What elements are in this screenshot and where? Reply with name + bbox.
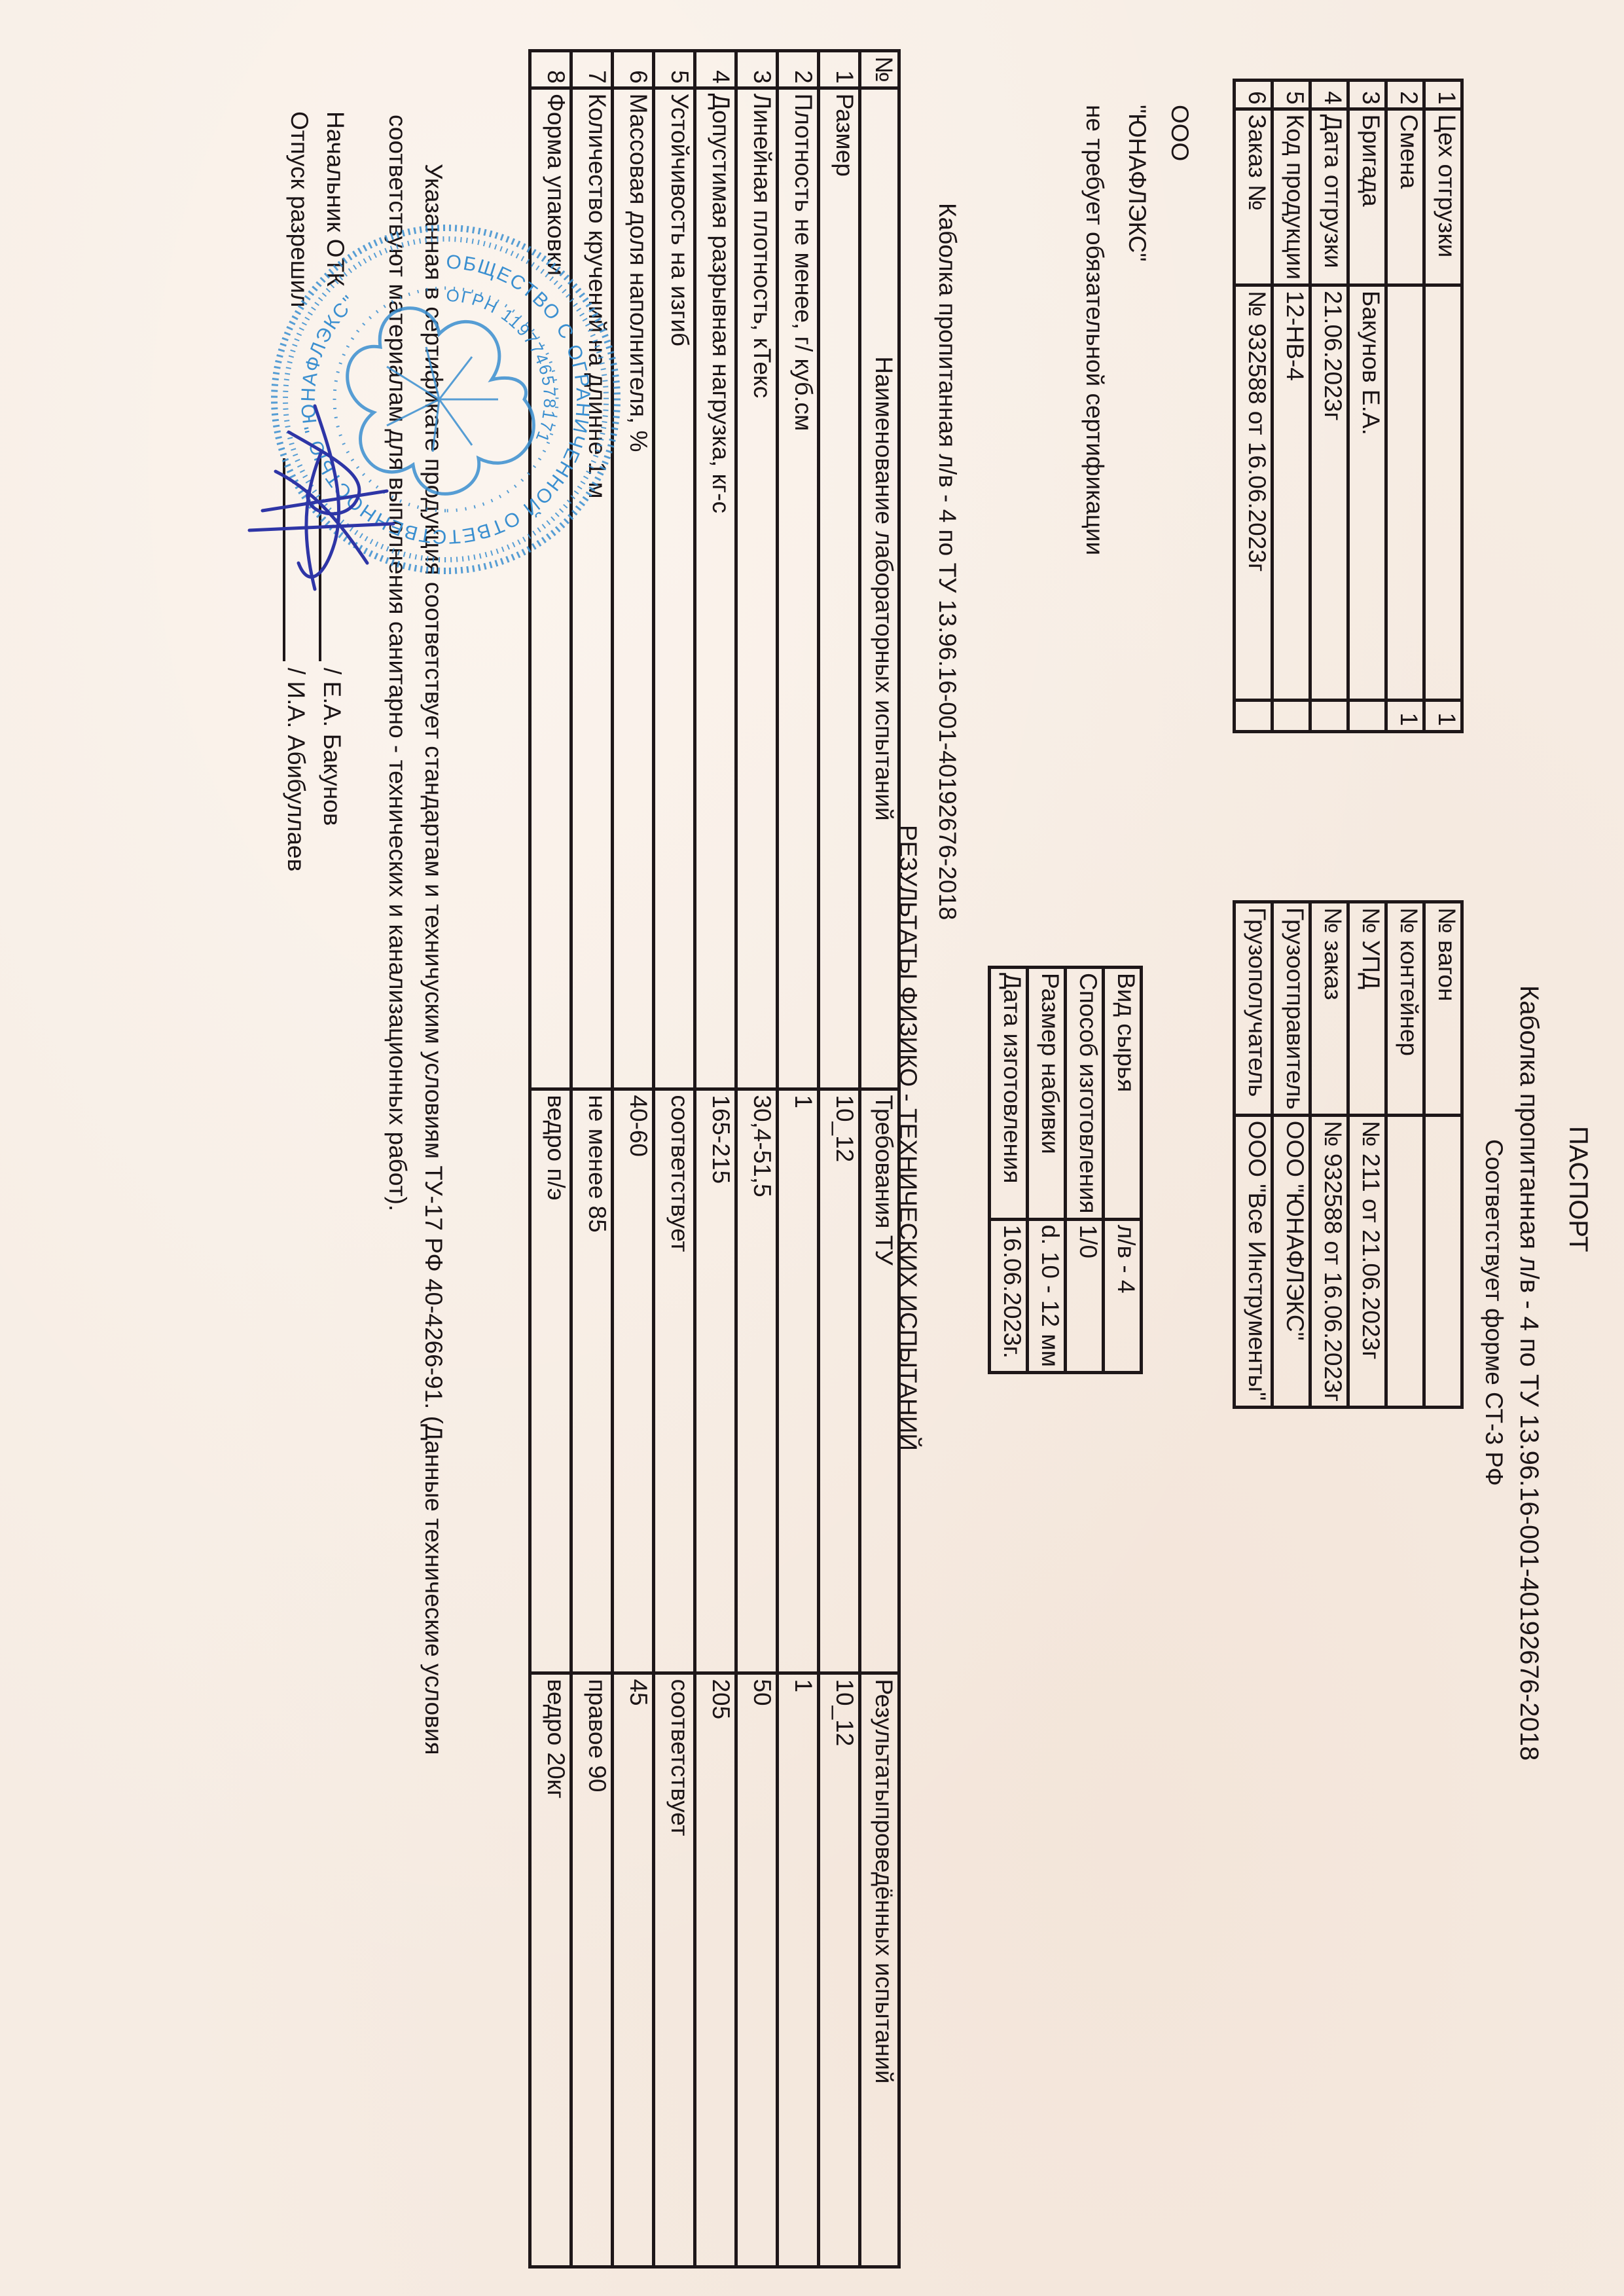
document-title: ПАСПОРТ	[1565, 1126, 1591, 1252]
result-value: правое 90	[571, 1673, 613, 2267]
result-value: 45	[613, 1673, 654, 2267]
row-number: 1	[819, 51, 860, 88]
material-row: Дата изготовления16.06.2023г.	[990, 968, 1028, 1373]
signature-name-otk: / Е.А. Бакунов	[320, 668, 344, 826]
row-number: 5	[1272, 81, 1310, 109]
test-name: Размер	[819, 88, 860, 1089]
column-header: Наименование лабораторных испытаний	[860, 88, 899, 1089]
shipment-row: 5Код продукции12-НВ-4	[1272, 81, 1310, 732]
results-row: 5Устойчивость на изгибсоответствуетсоотв…	[654, 51, 695, 2267]
transport-row: ГрузополучательООО "Все Инструменты"	[1235, 902, 1272, 1408]
transport-table: № вагон№ контейнер№ УПД№ 211 от 21.06.20…	[1233, 900, 1464, 1409]
row-label: Вид сырья	[1104, 968, 1142, 1220]
row-label: № вагон	[1424, 902, 1462, 1116]
column-header: Результатыпроведённых испытаний	[860, 1673, 899, 2267]
row-value: № 932588 от 16.06.2023г	[1310, 1115, 1348, 1407]
row-value: л/в - 4	[1104, 1219, 1142, 1372]
row-value	[1424, 1115, 1462, 1407]
row-value: 21.06.2023г	[1310, 285, 1348, 701]
requirement-value: 30,4-51,5	[736, 1089, 778, 1673]
row-label: Дата отгрузки	[1310, 109, 1348, 285]
row-value: Бакунов Е.А.	[1348, 285, 1386, 701]
handwritten-signature	[243, 393, 413, 615]
shipment-row: 1Цех отгрузки1	[1424, 81, 1462, 732]
row-label: Цех отгрузки	[1424, 109, 1462, 285]
requirement-value: 165-215	[695, 1089, 736, 1673]
row-label: Код продукции	[1272, 109, 1310, 285]
row-number: 2	[778, 51, 819, 88]
transport-row: № УПД№ 211 от 21.06.2023г	[1348, 902, 1386, 1408]
shipment-table: 1Цех отгрузки12Смена13БригадаБакунов Е.А…	[1233, 79, 1464, 733]
row-label: Грузоотправитель	[1272, 902, 1310, 1116]
row-number: 6	[1235, 81, 1272, 109]
row-extra: 1	[1424, 700, 1462, 731]
row-number: 2	[1386, 81, 1424, 109]
test-name: Линейная плотность, кТекс	[736, 88, 778, 1089]
row-value: № 932588 от 16.06.2023г	[1235, 285, 1272, 701]
results-product-line: Каболка пропитанная л/в - 4 по ТУ 13.96.…	[935, 203, 960, 920]
company-name: "ЮНАФЛЭКС"	[1125, 105, 1149, 261]
form-note: Соответствует форме СТ-3 РФ	[1482, 1139, 1506, 1486]
row-label: Способ изготовления	[1066, 968, 1104, 1220]
test-name: Устойчивость на изгиб	[654, 88, 695, 1089]
shipment-row: 2Смена1	[1386, 81, 1424, 732]
row-label: Бригада	[1348, 109, 1386, 285]
material-row: Вид сырьял/в - 4	[1104, 968, 1142, 1373]
results-row: 4Допустимая разрывная нагрузка, кг-с165-…	[695, 51, 736, 2267]
row-number: 6	[613, 51, 654, 88]
row-number: 7	[571, 51, 613, 88]
requirement-value: ведро п/э	[530, 1089, 571, 1673]
result-value: 205	[695, 1673, 736, 2267]
row-label: Дата изготовления	[990, 968, 1028, 1220]
transport-row: ГрузоотправительООО "ЮНАФЛЭКС"	[1272, 902, 1310, 1408]
requirement-value: не менее 85	[571, 1089, 613, 1673]
shipment-row: 6Заказ №№ 932588 от 16.06.2023г	[1235, 81, 1272, 732]
row-label: Размер набивки	[1028, 968, 1066, 1220]
shipment-row: 3БригадаБакунов Е.А.	[1348, 81, 1386, 732]
transport-row: № заказ№ 932588 от 16.06.2023г	[1310, 902, 1348, 1408]
passport-document: ПАСПОРТ Каболка пропитанная л/в - 4 по Т…	[0, 0, 1624, 2296]
material-table: Вид сырьял/в - 4Способ изготовления1/0Ра…	[988, 966, 1143, 1374]
row-number: 8	[530, 51, 571, 88]
row-number: 4	[695, 51, 736, 88]
row-value: № 211 от 21.06.2023г	[1348, 1115, 1386, 1407]
result-value: 10_12	[819, 1673, 860, 2267]
transport-row: № контейнер	[1386, 902, 1424, 1408]
results-header-row: №Наименование лабораторных испытанийТреб…	[860, 51, 899, 2267]
row-label: № заказ	[1310, 902, 1348, 1116]
row-label: Заказ №	[1235, 109, 1272, 285]
transport-row: № вагон	[1424, 902, 1462, 1408]
row-value: 1/0	[1066, 1219, 1104, 1372]
row-label: Смена	[1386, 109, 1424, 285]
row-number: 3	[736, 51, 778, 88]
result-value: соответствует	[654, 1673, 695, 2267]
material-row: Способ изготовления1/0	[1066, 968, 1104, 1373]
column-header: №	[860, 51, 899, 88]
row-extra: 1	[1386, 700, 1424, 731]
column-header: Требования ТУ	[860, 1089, 899, 1673]
row-value: ООО "ЮНАФЛЭКС"	[1272, 1115, 1310, 1407]
shipment-row: 4Дата отгрузки21.06.2023г	[1310, 81, 1348, 732]
requirement-value: 10_12	[819, 1089, 860, 1673]
test-name: Плотность не менее, г/ куб.см	[778, 88, 819, 1089]
company-prefix: ООО	[1168, 105, 1192, 161]
document-subtitle: Каболка пропитанная л/в - 4 по ТУ 13.96.…	[1516, 985, 1542, 1760]
signature-name-release: / И.А. Абибуллаев	[284, 668, 308, 871]
row-extra	[1235, 700, 1272, 731]
result-value: 50	[736, 1673, 778, 2267]
row-extra	[1348, 700, 1386, 731]
row-value	[1386, 1115, 1424, 1407]
scanned-page: ПАСПОРТ Каболка пропитанная л/в - 4 по Т…	[0, 0, 1624, 2296]
certification-note: не требует обязательной сертификации	[1083, 105, 1107, 555]
row-value	[1386, 285, 1424, 701]
row-number: 1	[1424, 81, 1462, 109]
row-extra	[1272, 700, 1310, 731]
results-row: 1Размер10_1210_12	[819, 51, 860, 2267]
row-value: 16.06.2023г.	[990, 1219, 1028, 1372]
row-value: d. 10 - 12 мм	[1028, 1219, 1066, 1372]
row-label: № контейнер	[1386, 902, 1424, 1116]
row-number: 5	[654, 51, 695, 88]
row-value	[1424, 285, 1462, 701]
row-label: Грузополучатель	[1235, 902, 1272, 1116]
material-row: Размер набивкиd. 10 - 12 мм	[1028, 968, 1066, 1373]
requirement-value: соответствует	[654, 1089, 695, 1673]
test-name: Допустимая разрывная нагрузка, кг-с	[695, 88, 736, 1089]
requirement-value: 1	[778, 1089, 819, 1673]
result-value: 1	[778, 1673, 819, 2267]
row-extra	[1310, 700, 1348, 731]
row-value: ООО "Все Инструменты"	[1235, 1115, 1272, 1407]
row-number: 3	[1348, 81, 1386, 109]
requirement-value: 40-60	[613, 1089, 654, 1673]
row-label: № УПД	[1348, 902, 1386, 1116]
results-row: 2Плотность не менее, г/ куб.см11	[778, 51, 819, 2267]
row-value: 12-НВ-4	[1272, 285, 1310, 701]
results-row: 3Линейная плотность, кТекс30,4-51,550	[736, 51, 778, 2267]
row-number: 4	[1310, 81, 1348, 109]
result-value: ведро 20кг	[530, 1673, 571, 2267]
